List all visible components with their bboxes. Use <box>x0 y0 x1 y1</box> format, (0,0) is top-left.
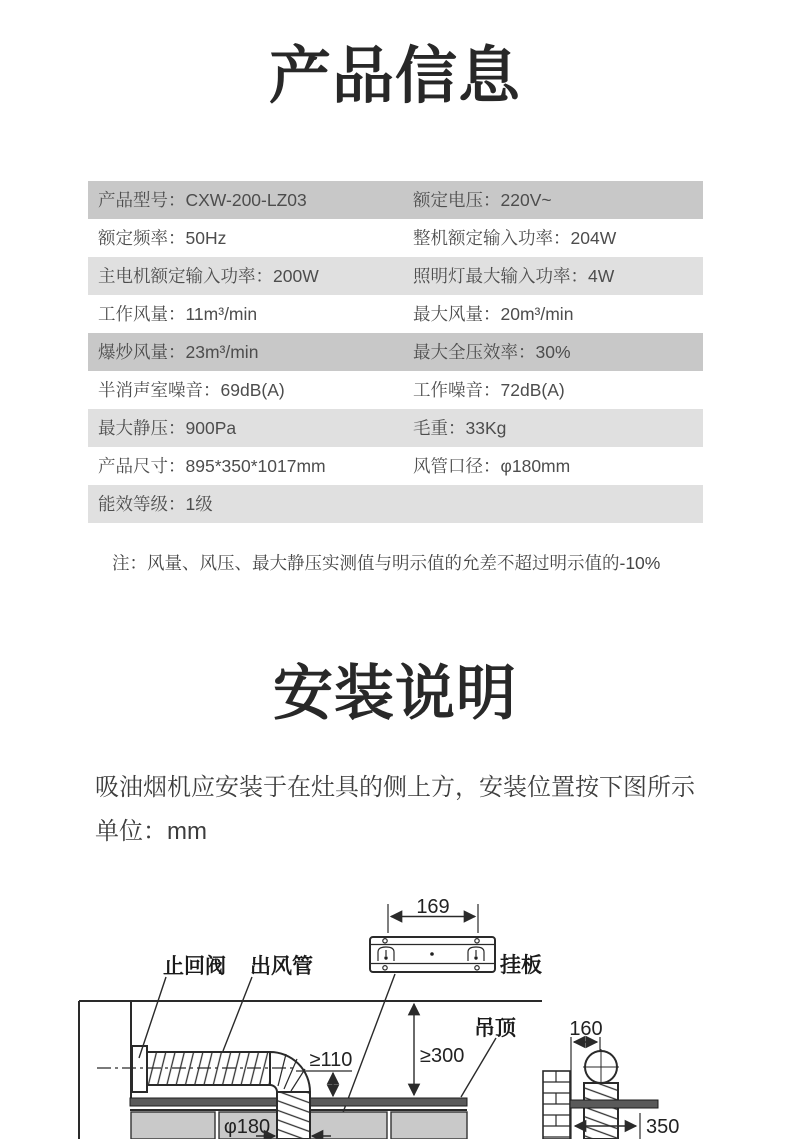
screw-hole-icon <box>383 939 387 943</box>
cabinet-block <box>131 1112 215 1139</box>
dim-side-depth: 350 <box>646 1116 679 1138</box>
spec-label: 产品尺寸： <box>98 456 186 476</box>
duct-elbow-drawing <box>270 1052 310 1092</box>
spec-value: 11m³/min <box>186 304 258 324</box>
spec-value: 33Kg <box>466 418 507 438</box>
spec-value: φ180mm <box>501 456 571 476</box>
vertical-duct-drawing <box>277 1092 310 1139</box>
spec-label: 最大风量： <box>413 304 501 324</box>
dim-duct-to-ceiling: ≥110 <box>310 1049 353 1071</box>
spec-value: CXW-200-LZ03 <box>186 190 307 210</box>
dim-plenum-height: ≥300 <box>420 1045 464 1067</box>
spec-value: 69dB(A) <box>221 380 285 400</box>
screw-hole-icon <box>383 966 387 970</box>
spec-table: 产品型号：CXW-200-LZ03 额定电压：220V~ 额定频率：50Hz 整… <box>88 181 703 523</box>
spec-label: 风管口径： <box>413 456 501 476</box>
side-duct-drawing <box>584 1083 618 1139</box>
spec-row: 主电机额定输入功率：200W 照明灯最大输入功率：4W <box>88 257 703 295</box>
spec-label: 毛重： <box>413 418 466 438</box>
spec-row: 最大静压：900Pa 毛重：33Kg <box>88 409 703 447</box>
screw-hole-icon <box>475 939 479 943</box>
spec-value: 4W <box>588 266 614 286</box>
screw-hole-icon <box>475 966 479 970</box>
spec-value: 895*350*1017mm <box>186 456 326 476</box>
spec-label: 能效等级： <box>98 494 186 514</box>
dim-plate-holes: 169 <box>416 896 449 918</box>
label-outlet-duct: 出风管 <box>250 954 313 978</box>
center-hole-icon <box>430 952 434 956</box>
spec-value: 204W <box>571 228 617 248</box>
install-description: 吸油烟机应安装于在灶具的侧上方，安装位置按下图所示 单位：mm <box>95 766 695 854</box>
spec-row: 能效等级：1级 <box>88 485 703 523</box>
spec-value: 50Hz <box>186 228 227 248</box>
dropped-ceiling-side <box>570 1100 658 1108</box>
label-hanging-plate: 挂板 <box>500 953 542 977</box>
spec-label: 额定频率： <box>98 228 186 248</box>
spec-value: 900Pa <box>186 418 237 438</box>
label-ceiling: 吊顶 <box>474 1017 517 1040</box>
cabinet-block <box>391 1112 467 1139</box>
spec-row: 产品尺寸：895*350*1017mm 风管口径：φ180mm <box>88 447 703 485</box>
spec-label: 照明灯最大输入功率： <box>413 266 588 286</box>
spec-value: 20m³/min <box>501 304 574 324</box>
spec-value: 72dB(A) <box>501 380 565 400</box>
install-desc-line1: 吸油烟机应安装于在灶具的侧上方，安装位置按下图所示 <box>95 766 695 810</box>
brick-wall-drawing <box>543 1071 570 1139</box>
check-valve-drawing <box>132 1046 147 1092</box>
installation-diagram: 169 挂板 止回阀 出风管 <box>0 880 790 1139</box>
spec-label: 额定电压： <box>413 190 501 210</box>
label-check-valve: 止回阀 <box>163 954 226 978</box>
spec-label: 半消声室噪音： <box>98 380 221 400</box>
spec-value: 220V~ <box>501 190 552 210</box>
spec-label: 产品型号： <box>98 190 186 210</box>
spec-label: 工作风量： <box>98 304 186 324</box>
install-title: 安装说明 <box>0 662 790 725</box>
install-desc-line2: 单位：mm <box>95 810 695 854</box>
hanging-plate-detail: 169 挂板 <box>370 896 542 977</box>
spec-row: 半消声室噪音：69dB(A) 工作噪音：72dB(A) <box>88 371 703 409</box>
spec-row: 产品型号：CXW-200-LZ03 额定电压：220V~ <box>88 181 703 219</box>
spec-row: 工作风量：11m³/min 最大风量：20m³/min <box>88 295 703 333</box>
dim-wall-to-duct: 160 <box>569 1018 602 1040</box>
spec-label: 爆炒风量： <box>98 342 186 362</box>
spec-value: 200W <box>273 266 319 286</box>
spec-note: 注：风量、风压、最大静压实测值与明示值的允差不超过明示值的-10% <box>112 550 660 575</box>
spec-label: 工作噪音： <box>413 380 501 400</box>
spec-row: 爆炒风量：23m³/min 最大全压效率：30% <box>88 333 703 371</box>
dim-duct-diameter: φ180 <box>224 1116 270 1138</box>
spec-label: 最大全压效率： <box>413 342 536 362</box>
spec-value: 23m³/min <box>186 342 259 362</box>
spec-value: 30% <box>536 342 571 362</box>
main-section-view: 止回阀 出风管 ≥110 ≥300 <box>79 954 542 1139</box>
spec-row: 额定频率：50Hz 整机额定输入功率：204W <box>88 219 703 257</box>
spec-value: 1级 <box>186 494 213 514</box>
side-view: 160 350 <box>543 1018 679 1139</box>
product-info-title: 产品信息 <box>0 44 790 109</box>
spec-label: 主电机额定输入功率： <box>98 266 273 286</box>
spec-label: 最大静压： <box>98 418 186 438</box>
spec-label: 整机额定输入功率： <box>413 228 571 248</box>
